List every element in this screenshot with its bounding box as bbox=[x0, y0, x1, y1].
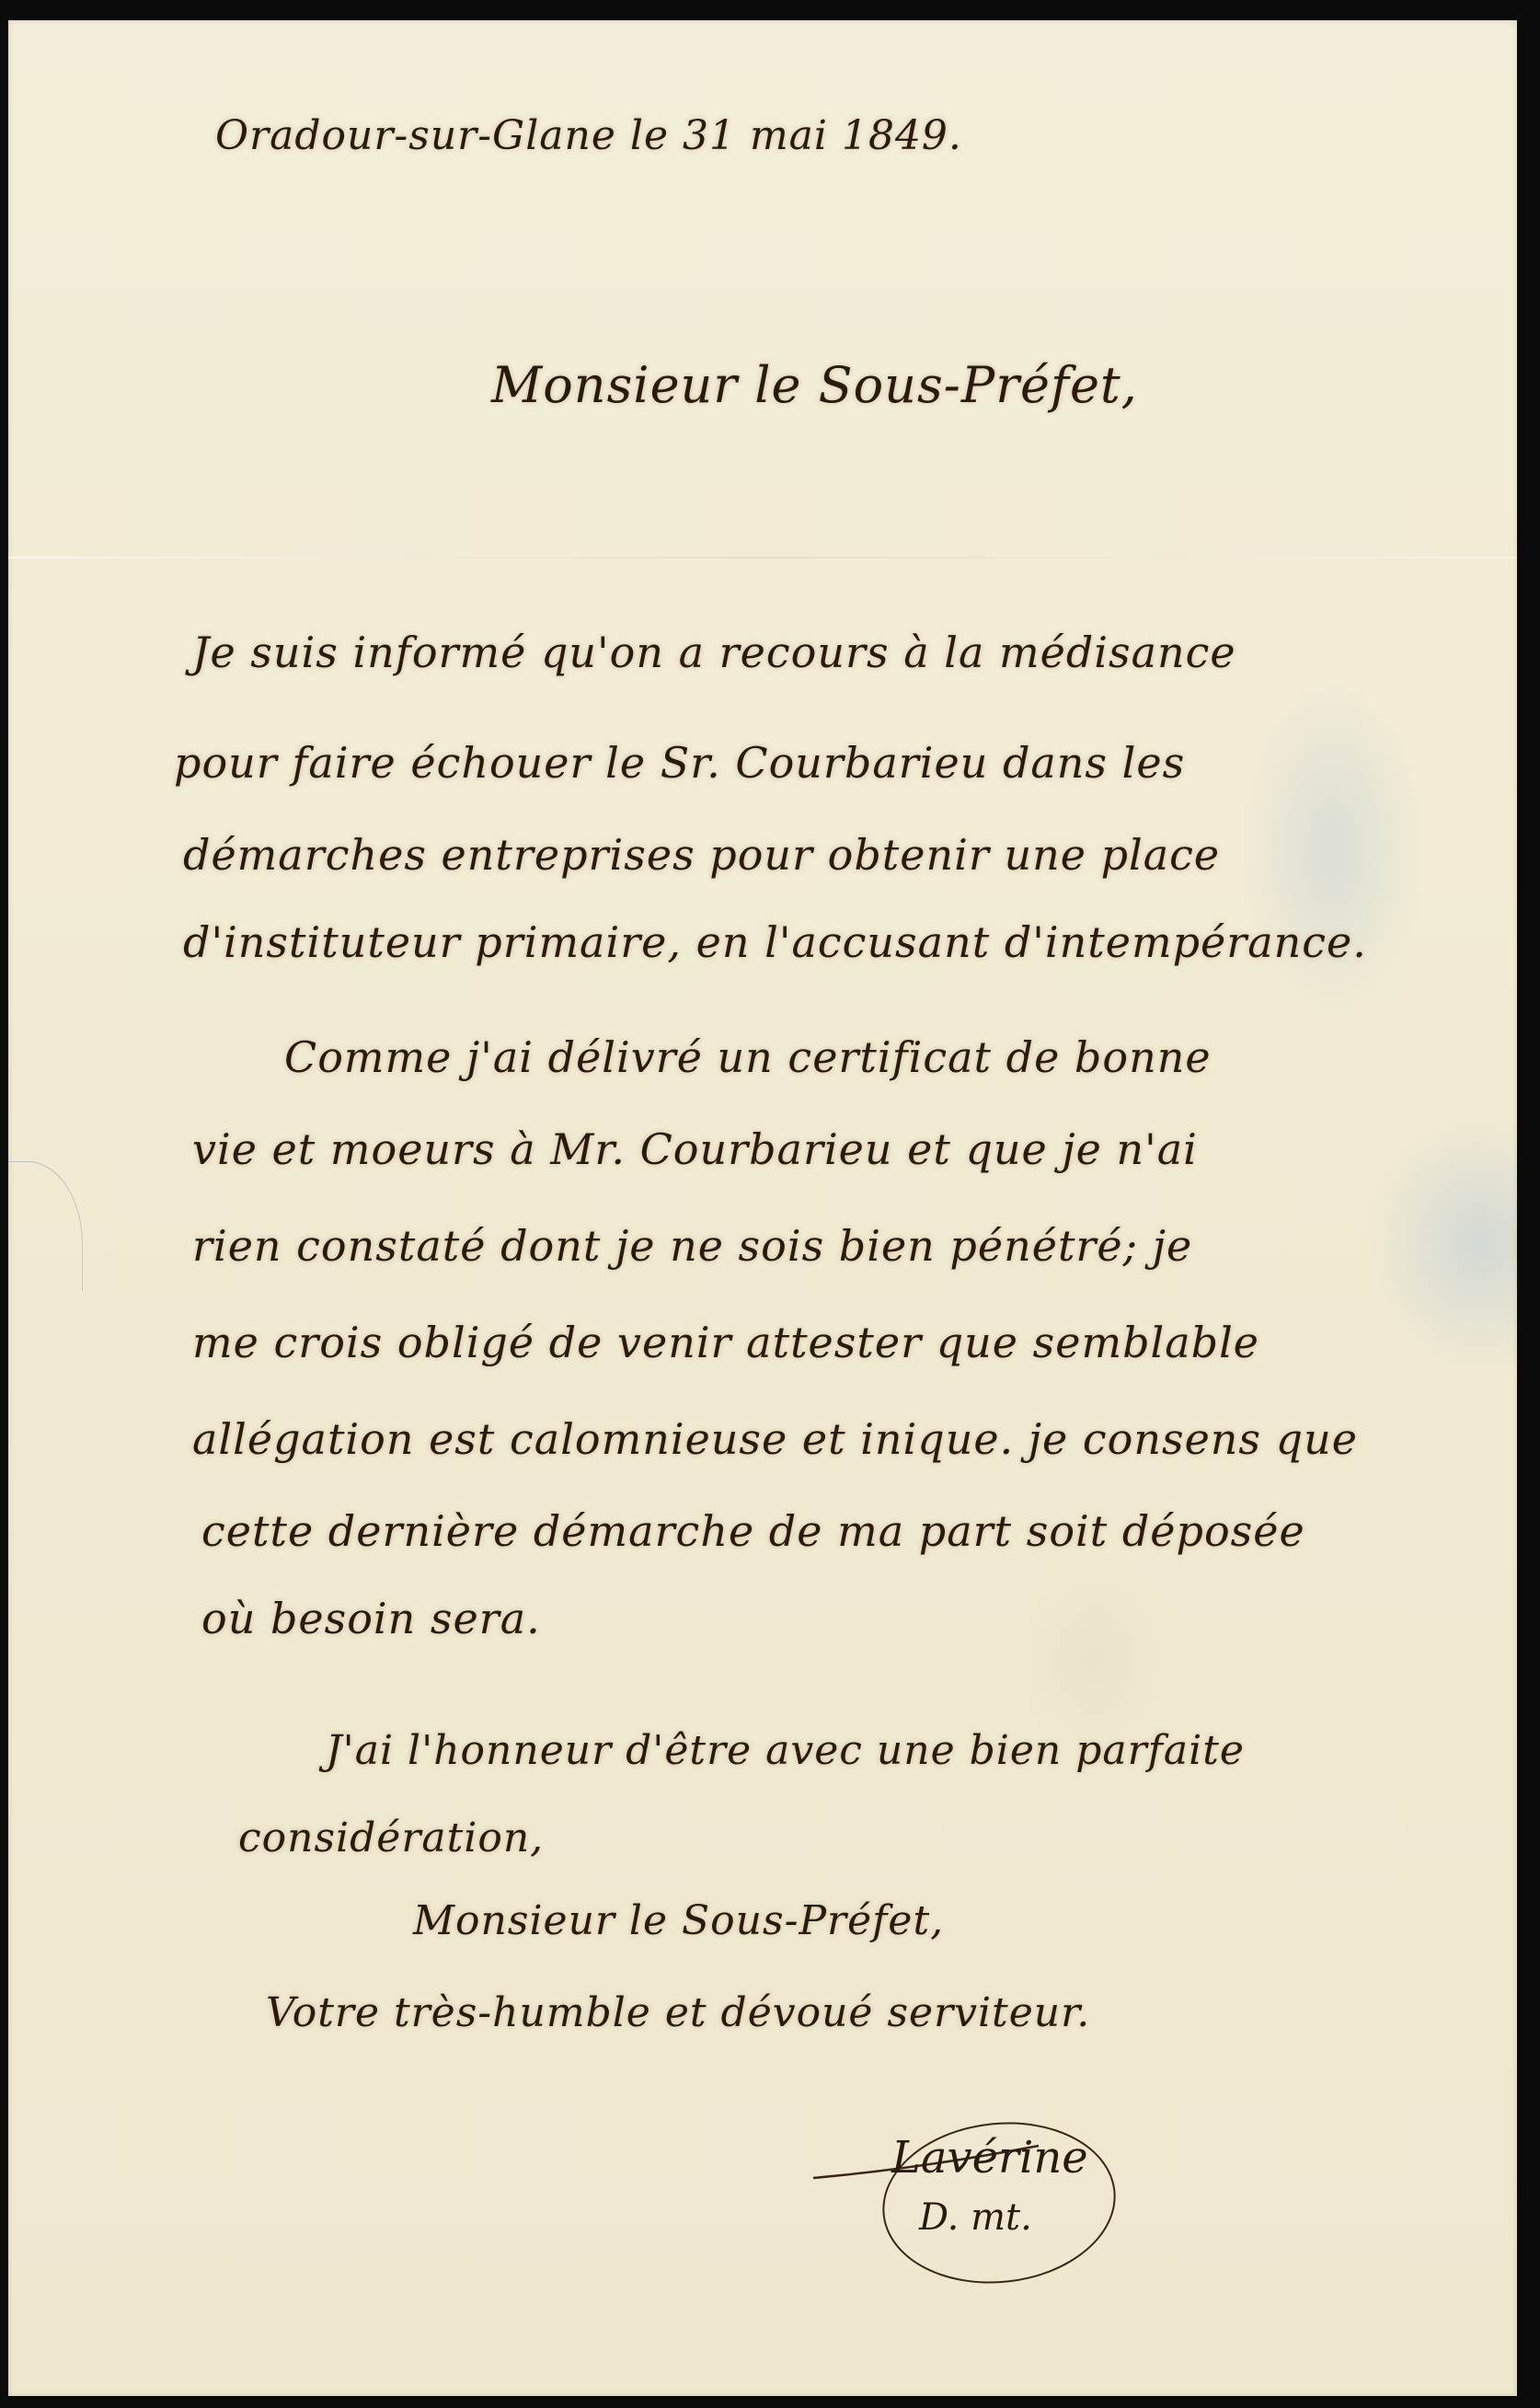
paper-tear bbox=[8, 1161, 83, 1291]
fold-line bbox=[8, 557, 1517, 559]
body-line-1: Je suis informé qu'on a recours à la méd… bbox=[192, 628, 1236, 677]
body-line-2: pour faire échouer le Sr. Courbarieu dan… bbox=[174, 738, 1185, 788]
body-line-11: où besoin sera. bbox=[201, 1594, 541, 1643]
closing-line-3: Monsieur le Sous-Préfet, bbox=[413, 1897, 944, 1944]
body-line-10: cette dernière démarche de ma part soit … bbox=[201, 1506, 1305, 1556]
signature-name: Lavérine bbox=[891, 2132, 1088, 2183]
letter-paper: Oradour-sur-Glane le 31 mai 1849. Monsie… bbox=[8, 20, 1517, 2396]
body-line-6: vie et moeurs à Mr. Courbarieu et que je… bbox=[192, 1124, 1198, 1174]
closing-line-1: J'ai l'honneur d'être avec une bien parf… bbox=[326, 1727, 1245, 1774]
body-line-8: me crois obligé de venir attester que se… bbox=[192, 1318, 1259, 1367]
date-line: Oradour-sur-Glane le 31 mai 1849. bbox=[215, 112, 962, 159]
signature: Lavérine D. mt. bbox=[864, 2095, 1121, 2279]
salutation: Monsieur le Sous-Préfet, bbox=[491, 356, 1138, 414]
closing-line-4: Votre très-humble et dévoué serviteur. bbox=[266, 1989, 1090, 2036]
signature-subscript: D. mt. bbox=[919, 2196, 1032, 2239]
body-line-4: d'instituteur primaire, en l'accusant d'… bbox=[183, 917, 1367, 967]
body-line-7: rien constaté dont je ne sois bien pénét… bbox=[192, 1221, 1192, 1271]
body-line-9: allégation est calomnieuse et inique. je… bbox=[192, 1414, 1358, 1464]
body-line-5: Comme j'ai délivré un certificat de bonn… bbox=[284, 1032, 1212, 1082]
body-line-3: démarches entreprises pour obtenir une p… bbox=[183, 830, 1220, 880]
closing-line-2: considération, bbox=[238, 1815, 544, 1861]
